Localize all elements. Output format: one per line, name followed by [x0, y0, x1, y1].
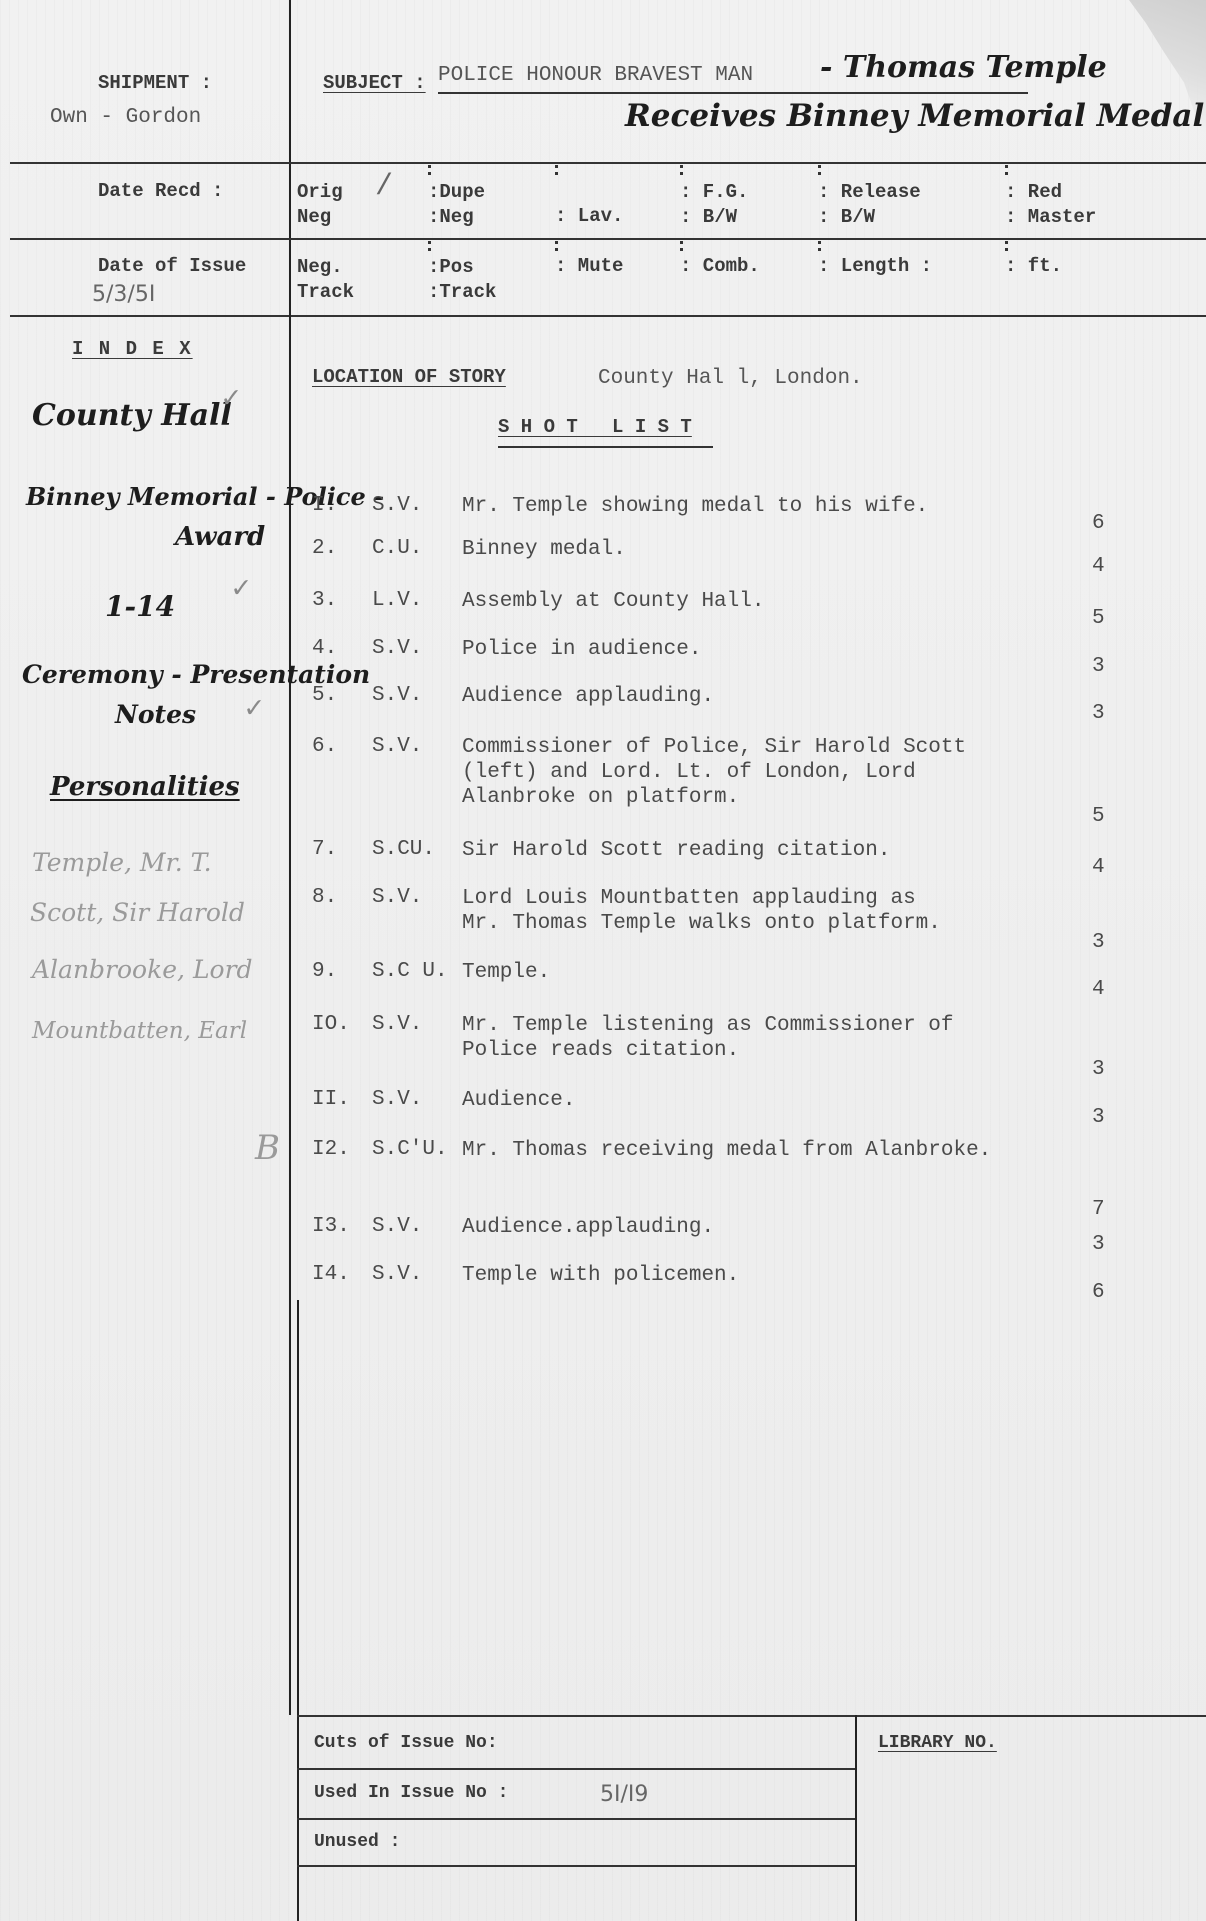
library-divider: [855, 1715, 857, 1921]
shot-footage: 3: [1092, 655, 1105, 678]
shot-type: S.V.: [372, 1215, 422, 1238]
orig-neg: Orig Neg: [297, 180, 343, 230]
personality-entry: Scott, Sir Harold: [30, 898, 245, 927]
orig-neg-mark: /: [375, 170, 393, 204]
shot-type: S.C'U.: [372, 1138, 448, 1161]
shot-footage: 7: [1092, 1198, 1105, 1221]
index-entry: Award: [175, 522, 265, 552]
length: : Length :: [818, 255, 932, 277]
shot-footage: 6: [1092, 1281, 1105, 1304]
red-master: : Red : Master: [1005, 180, 1096, 230]
shot-footage: 4: [1092, 555, 1105, 578]
shot-type: S.C U.: [372, 960, 448, 983]
shot-description: Temple.: [462, 960, 550, 985]
shot-type: S.V.: [372, 1263, 422, 1286]
shot-number: 6.: [312, 735, 337, 758]
subject-label: SUBJECT :: [323, 72, 426, 94]
unused-label: Unused :: [314, 1832, 400, 1852]
shot-type: S.CU.: [372, 838, 435, 861]
check-icon: ✓: [222, 380, 240, 417]
shot-description: Assembly at County Hall.: [462, 589, 764, 614]
ft: : ft.: [1005, 255, 1062, 277]
index-entry: County Hall: [32, 398, 232, 433]
shipment-label: SHIPMENT :: [98, 72, 212, 94]
subject-handwritten-caption: Receives Binney Memorial Medal: [625, 98, 1204, 134]
shot-number: 5.: [312, 684, 337, 707]
shot-description: Mr. Thomas receiving medal from Alanbrok…: [462, 1138, 991, 1163]
shot-list-title: S H O T L I S T: [498, 416, 692, 438]
shot-number: I3.: [312, 1215, 350, 1238]
shot-footage: 3: [1092, 1106, 1105, 1129]
shot-description: Audience.applauding.: [462, 1215, 714, 1240]
shot-type: S.V.: [372, 684, 422, 707]
shot-description: Mr. Temple listening as Commissioner of …: [462, 1013, 953, 1063]
shot-description: Sir Harold Scott reading citation.: [462, 838, 890, 863]
check-icon: ✓: [245, 690, 263, 727]
shot-type: S.V.: [372, 637, 422, 660]
index-entry: Notes: [115, 700, 196, 729]
neg-track: Neg. Track: [297, 255, 354, 305]
location-label: LOCATION OF STORY: [312, 366, 506, 388]
shot-number: I4.: [312, 1263, 350, 1286]
date-recd-label: Date Recd :: [98, 180, 223, 202]
lav: : Lav.: [555, 205, 623, 227]
subject-handwritten-name: - Thomas Temple: [820, 50, 1107, 85]
shot-number: 4.: [312, 637, 337, 660]
used-value: 5I/I9: [600, 1782, 648, 1807]
shot-description: Audience applauding.: [462, 684, 714, 709]
initials-mark: B: [255, 1128, 280, 1168]
shot-description: Commissioner of Police, Sir Harold Scott…: [462, 735, 966, 810]
shot-type: S.V.: [372, 1088, 422, 1111]
shot-description: Binney medal.: [462, 537, 626, 562]
shot-type: S.V.: [372, 1013, 422, 1036]
pos-track: :Pos :Track: [428, 255, 496, 305]
footer-divider-vertical: [297, 1300, 299, 1921]
footer-top-rule: [297, 1715, 1206, 1717]
personality-entry: Mountbatten, Earl: [32, 1018, 247, 1044]
shot-number: 7.: [312, 838, 337, 861]
shot-type: S.V.: [372, 735, 422, 758]
subject-typed: POLICE HONOUR BRAVEST MAN: [438, 64, 753, 87]
shot-number: II.: [312, 1088, 350, 1111]
shot-number: 3.: [312, 589, 337, 612]
shot-footage: 5: [1092, 805, 1105, 828]
personality-entry: Temple, Mr. T.: [32, 848, 212, 877]
shot-number: 9.: [312, 960, 337, 983]
shot-footage: 6: [1092, 512, 1105, 535]
release-bw: : Release : B/W: [818, 180, 921, 230]
shot-footage: 3: [1092, 1058, 1105, 1081]
shot-number: I.: [312, 494, 337, 517]
comb: : Comb.: [680, 255, 760, 277]
shot-type: L.V.: [372, 589, 422, 612]
header-divider-vertical: [289, 0, 291, 315]
check-icon: ✓: [232, 570, 250, 607]
shot-footage: 4: [1092, 856, 1105, 879]
shot-number: I2.: [312, 1138, 350, 1161]
date-issue-value: 5/3/5I: [92, 282, 155, 307]
personality-entry: Alanbrooke, Lord: [32, 955, 253, 984]
index-title: I N D E X: [72, 338, 193, 360]
mute: : Mute: [555, 255, 623, 277]
film-record-sheet: SHIPMENT : Own - Gordon SUBJECT : POLICE…: [0, 0, 1206, 1921]
shot-number: 8.: [312, 886, 337, 909]
dupe-neg: :Dupe :Neg: [428, 180, 485, 230]
library-label: LIBRARY NO.: [878, 1733, 997, 1753]
rule-1: [10, 162, 1206, 164]
used-label: Used In Issue No :: [314, 1783, 508, 1803]
shot-description: Temple with policemen.: [462, 1263, 739, 1288]
shot-footage: 3: [1092, 702, 1105, 725]
rule-3: [10, 315, 1206, 317]
shot-description: Mr. Temple showing medal to his wife.: [462, 494, 928, 519]
shot-number: 2.: [312, 537, 337, 560]
location-value: County Hal l, London.: [598, 367, 863, 390]
shot-type: S.V.: [372, 886, 422, 909]
personalities-title: Personalities: [50, 772, 240, 802]
shipment-value: Own - Gordon: [50, 106, 201, 129]
cuts-label: Cuts of Issue No:: [314, 1733, 498, 1753]
shot-footage: 4: [1092, 978, 1105, 1001]
shot-footage: 3: [1092, 931, 1105, 954]
shot-footage: 5: [1092, 607, 1105, 630]
shot-description: Lord Louis Mountbatten applauding as Mr.…: [462, 886, 941, 936]
rule-2: [10, 238, 1206, 240]
shot-type: S.V.: [372, 494, 422, 517]
shot-description: Police in audience.: [462, 637, 701, 662]
fg-bw: : F.G. : B/W: [680, 180, 748, 230]
shot-number: IO.: [312, 1013, 350, 1036]
shot-description: Audience.: [462, 1088, 575, 1113]
shot-type: C.U.: [372, 537, 422, 560]
index-divider-vertical: [289, 315, 291, 1715]
date-issue-label: Date of Issue: [98, 255, 246, 277]
shot-footage: 3: [1092, 1233, 1105, 1256]
index-entry: 1-14: [105, 590, 175, 623]
